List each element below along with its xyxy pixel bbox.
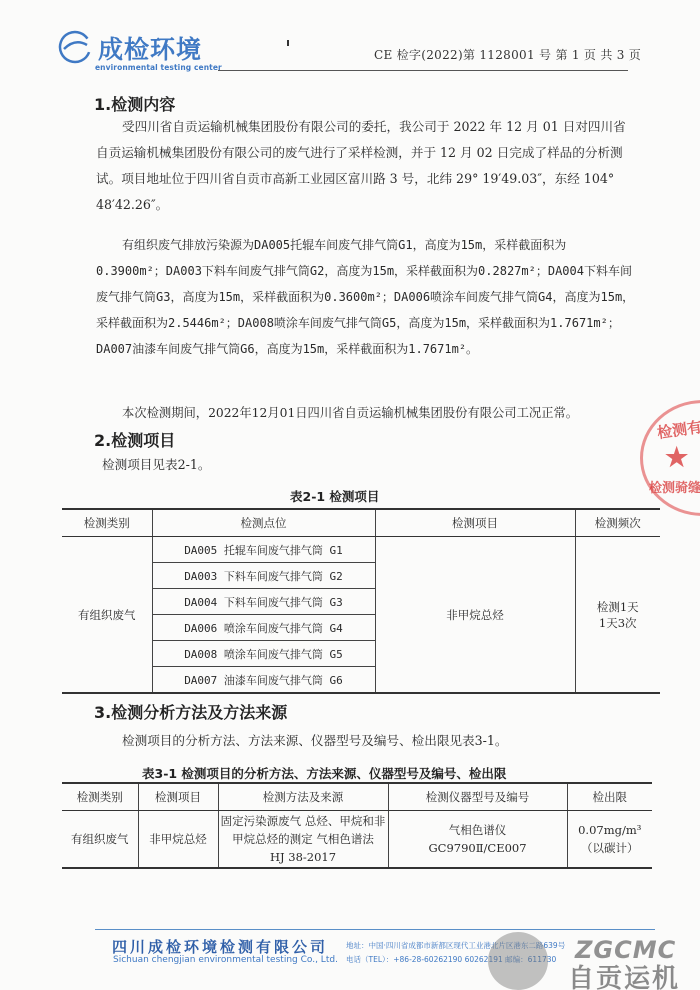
cell-point: DA005 托辊车间废气排气筒 G1 bbox=[152, 537, 375, 563]
section3-intro: 检测项目的分析方法、方法来源、仪器型号及编号、检出限见表3-1。 bbox=[122, 728, 508, 754]
cell-item: 非甲烷总烃 bbox=[138, 811, 218, 869]
table-header-row: 检测类别 检测项目 检测方法及来源 检测仪器型号及编号 检出限 bbox=[62, 783, 652, 811]
cell-point: DA007 油漆车间废气排气筒 G6 bbox=[152, 667, 375, 694]
instrument-line1: 气相色谱仪 bbox=[389, 821, 567, 839]
section2-intro: 检测项目见表2-1。 bbox=[102, 452, 210, 478]
document-number: CE 检字(2022)第 1128001 号 第 1 页 共 3 页 bbox=[374, 46, 641, 63]
table-row: 有组织废气 非甲烷总烃 固定污染源废气 总烃、甲烷和非 甲烷总烃的测定 气相色谱… bbox=[62, 811, 652, 869]
method-line3: HJ 38-2017 bbox=[219, 848, 388, 866]
cell-item: 非甲烷总烃 bbox=[375, 537, 575, 694]
section1-title: 1.检测内容 bbox=[94, 92, 175, 115]
col-header-method: 检测方法及来源 bbox=[218, 783, 388, 811]
cell-category: 有组织废气 bbox=[62, 537, 152, 694]
cell-frequency: 检测1天 1天3次 bbox=[575, 537, 660, 694]
table-header-row: 检测类别 检测点位 检测项目 检测频次 bbox=[62, 509, 660, 537]
method-line1: 固定污染源废气 总烃、甲烷和非 bbox=[219, 812, 388, 830]
col-header-limit: 检出限 bbox=[567, 783, 652, 811]
cell-category: 有组织废气 bbox=[62, 811, 138, 869]
table-row: 有组织废气 DA005 托辊车间废气排气筒 G1 非甲烷总烃 检测1天 1天3次 bbox=[62, 537, 660, 563]
cell-instrument: 气相色谱仪 GC9790Ⅱ/CE007 bbox=[388, 811, 567, 869]
frequency-line2: 1天3次 bbox=[576, 615, 661, 631]
cell-method: 固定污染源废气 总烃、甲烷和非 甲烷总烃的测定 气相色谱法 HJ 38-2017 bbox=[218, 811, 388, 869]
col-header-instrument: 检测仪器型号及编号 bbox=[388, 783, 567, 811]
star-icon: ★ bbox=[665, 443, 688, 473]
logo-text-en: environmental testing center bbox=[95, 63, 222, 72]
section1-paragraph1: 受四川省自贡运输机械集团股份有限公司的委托，我公司于 2022 年 12 月 0… bbox=[96, 114, 636, 218]
col-header-category: 检测类别 bbox=[62, 783, 138, 811]
limit-line1: 0.07mg/m³ bbox=[568, 821, 653, 839]
section1-paragraph3: 本次检测期间，2022年12月01日四川省自贡运输机械集团股份有限公司工况正常。 bbox=[96, 400, 656, 426]
watermark-logo-icon bbox=[488, 932, 548, 990]
section2-title: 2.检测项目 bbox=[94, 428, 175, 451]
section3-title: 3.检测分析方法及方法来源 bbox=[94, 700, 287, 723]
header-divider bbox=[218, 70, 628, 71]
method-line2: 甲烷总烃的测定 气相色谱法 bbox=[219, 830, 388, 848]
frequency-line1: 检测1天 bbox=[576, 599, 661, 615]
table2-1-caption: 表2-1 检测项目 bbox=[290, 487, 379, 505]
limit-line2: （以碳计） bbox=[568, 839, 653, 857]
scan-mark bbox=[287, 40, 289, 46]
instrument-line2: GC9790Ⅱ/CE007 bbox=[389, 839, 567, 857]
cell-point: DA003 下料车间废气排气筒 G2 bbox=[152, 563, 375, 589]
stamp-text-top: 检测有 bbox=[656, 416, 700, 443]
table-2-1: 检测类别 检测点位 检测项目 检测频次 有组织废气 DA005 托辊车间废气排气… bbox=[62, 508, 660, 694]
col-header-item: 检测项目 bbox=[138, 783, 218, 811]
cell-point: DA008 喷涂车间废气排气筒 G5 bbox=[152, 641, 375, 667]
footer-divider bbox=[95, 929, 655, 930]
logo-text-cn: 成检环境 bbox=[98, 30, 202, 66]
table-3-1: 检测类别 检测项目 检测方法及来源 检测仪器型号及编号 检出限 有组织废气 非甲… bbox=[62, 782, 652, 869]
col-header-point: 检测点位 bbox=[152, 509, 375, 537]
footer-company-cn: 四川成检环境检测有限公司 bbox=[112, 936, 328, 957]
col-header-item: 检测项目 bbox=[375, 509, 575, 537]
cell-point: DA006 喷涂车间废气排气筒 G4 bbox=[152, 615, 375, 641]
cell-point: DA004 下料车间废气排气筒 G3 bbox=[152, 589, 375, 615]
col-header-frequency: 检测频次 bbox=[575, 509, 660, 537]
section1-paragraph2: 有组织废气排放污染源为DA005托辊车间废气排气筒G1，高度为15m，采样截面积… bbox=[96, 232, 636, 362]
logo-e-icon bbox=[58, 30, 92, 64]
watermark-text-cn: 自贡运机 bbox=[568, 958, 680, 990]
stamp-text-bottom: 检测骑缝 bbox=[649, 477, 700, 496]
col-header-category: 检测类别 bbox=[62, 509, 152, 537]
table3-1-caption: 表3-1 检测项目的分析方法、方法来源、仪器型号及编号、检出限 bbox=[142, 764, 506, 782]
footer-company-en: Sichuan chengjian environmental testing … bbox=[113, 955, 338, 965]
cell-limit: 0.07mg/m³ （以碳计） bbox=[567, 811, 652, 869]
